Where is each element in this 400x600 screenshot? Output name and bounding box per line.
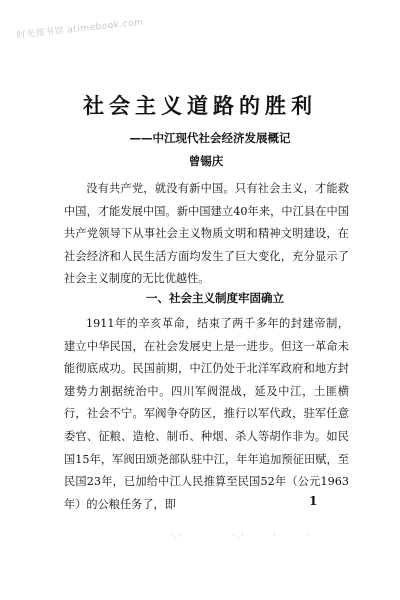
document-subtitle: ——中江现代社会经济发展概记 — [0, 130, 400, 146]
document-author: 曾锡庆 — [0, 153, 400, 169]
footer-mark: ·.· — [232, 531, 246, 540]
watermark: 时光图书馆 atimebook.com — [16, 15, 144, 41]
section-paragraph: 1911年的辛亥革命，结束了两千多年的封建帝制，建立中华民国，在社会发展史上是一… — [64, 313, 349, 516]
section-heading: 一、社会主义制度牢固确立 — [0, 290, 400, 306]
footer-mark: · — [273, 531, 278, 540]
page-number: 1 — [309, 494, 317, 508]
footer-mark: ·.· — [170, 531, 184, 540]
document-title: 社会主义道路的胜利 — [0, 90, 400, 120]
section-paragraph-text: 1911年的辛亥革命，结束了两千多年的封建帝制，建立中华民国，在社会发展史上是一… — [64, 317, 349, 511]
intro-paragraph-text: 没有共产党，就没有新中国。只有社会主义，才能救中国，才能发展中国。新中国建立40… — [64, 182, 349, 285]
intro-paragraph: 没有共产党，就没有新中国。只有社会主义，才能救中国，才能发展中国。新中国建立40… — [64, 178, 349, 291]
footer-mark: · — [306, 531, 311, 540]
